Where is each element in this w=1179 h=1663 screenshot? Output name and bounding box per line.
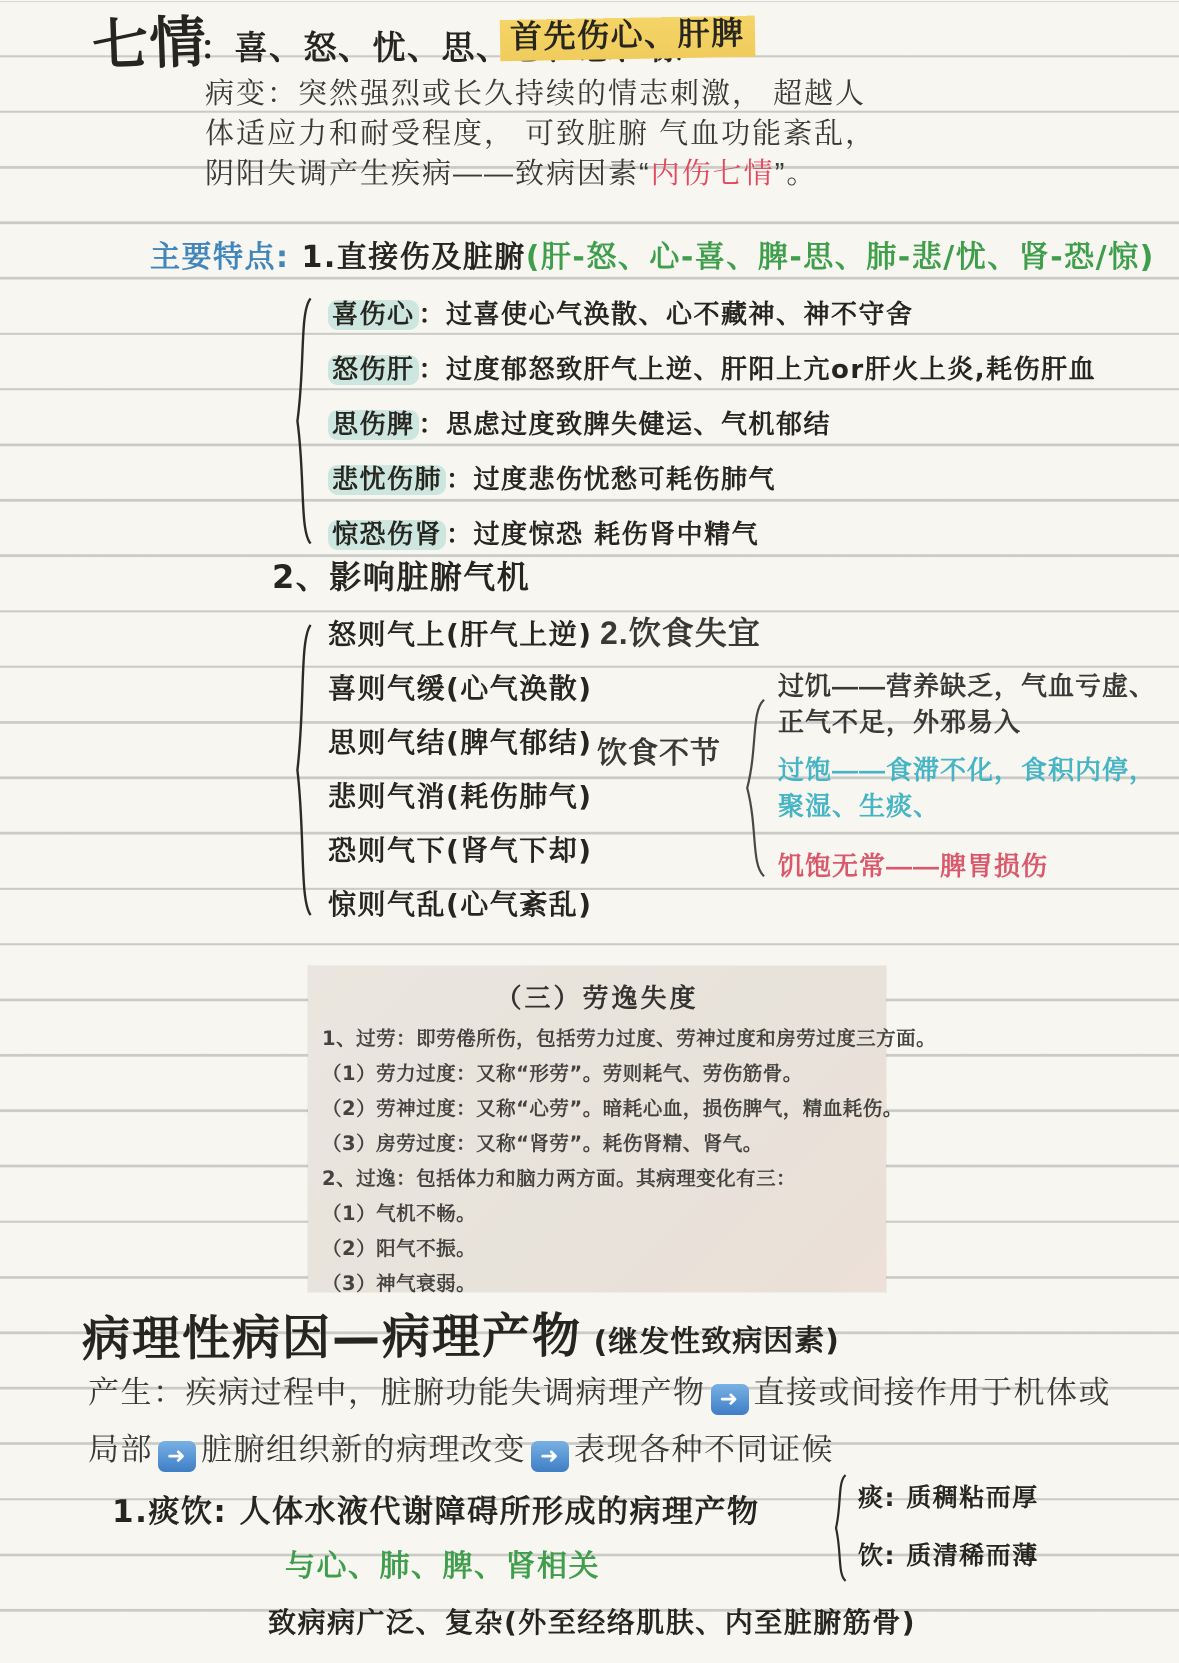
list-item: 怒伤肝：过度郁怒致肝气上逆、肝阳上亢or肝火上炎,耗伤肝血	[328, 343, 1096, 398]
disease-scope-note: 致病病广泛、复杂(外至经络肌肤、内至脏腑筋骨)	[268, 1601, 916, 1641]
box-line: （2）劳神过度：又称“心劳”。暗耗心血，损伤脾气，精血耗伤。	[322, 1091, 872, 1126]
organ-mapping: (肝-怒、心-喜、脾-思、肺-悲/忧、肾-恐/惊)	[526, 240, 1155, 275]
pathology-intro: 病变：突然强烈或长久持续的情志刺激， 超越人 体适应力和耐受程度， 可致脏腑 气…	[205, 74, 876, 194]
related-organs: 与心、肺、脾、肾相关	[285, 1541, 600, 1585]
curly-brace-left	[293, 622, 315, 918]
intro-line-1: 病变：突然强烈或长久持续的情志刺激， 超越人	[205, 74, 876, 114]
curly-brace-left	[832, 1474, 848, 1582]
diet-section-heading: 2.饮食失宜	[600, 608, 761, 654]
qi-section-heading: 2、影响脏腑气机	[272, 552, 530, 598]
list-item: 喜则气缓(心气涣散)	[328, 662, 593, 716]
feature-label: 主要特点:	[150, 240, 290, 275]
box-line: （3）房劳过度：又称“肾劳”。耗伤肾精、肾气。	[322, 1126, 872, 1161]
intro-line-3: 阴阳失调产生疾病——致病因素“内伤七情”。	[205, 154, 876, 194]
box-line: （1）气机不畅。	[322, 1196, 872, 1231]
overwork-box-title: （三）劳逸失度	[322, 978, 872, 1015]
phlegm-thick: 痰: 质稠粘而厚	[858, 1478, 1039, 1514]
diet-label: 饮食不节	[597, 728, 721, 772]
diet-item-hunger: 过饥——营养缺乏，气血亏虚、正气不足，外邪易入	[778, 668, 1178, 740]
note-title: 七情	[91, 0, 209, 82]
list-item: 悲则气消(耗伤肺气)	[328, 770, 593, 824]
curly-brace-left	[742, 698, 768, 878]
feature-line: 主要特点: 1.直接伤及脏腑(肝-怒、心-喜、脾-思、肺-悲/忧、肾-恐/惊)	[150, 232, 1155, 276]
fluid-thin: 饮: 质清稀而薄	[858, 1536, 1039, 1572]
list-item: 思则气结(脾气郁结)	[328, 716, 593, 770]
list-item: 惊则气乱(心气紊乱)	[328, 878, 593, 932]
arrow-right-icon: ➜	[711, 1384, 749, 1415]
box-line: 2、过逸：包括体力和脑力两方面。其病理变化有三：	[322, 1161, 872, 1196]
list-item: 怒则气上(肝气上逆)	[328, 608, 593, 662]
arrow-right-icon: ➜	[531, 1441, 569, 1472]
list-item: 思伤脾：思虑过度致脾失健运、气机郁结	[328, 398, 1096, 453]
key-point-highlight: 首先伤心、肝脾	[500, 8, 755, 61]
list-item: 悲忧伤肺：过度悲伤忧愁可耗伤肺气	[328, 453, 1096, 508]
direct-injury-list: 喜伤心：过喜使心气涣散、心不藏神、神不守舍 怒伤肝：过度郁怒致肝气上逆、肝阳上亢…	[328, 288, 1096, 563]
red-term: 内伤七情	[651, 158, 775, 190]
phlegm-definition: 1.痰饮: 人体水液代谢障碍所形成的病理产物	[112, 1486, 760, 1531]
feature-item: 1.直接伤及脏腑	[290, 240, 526, 275]
patho-line-1: 产生：疾病过程中，脏腑功能失调病理产物➜直接或间接作用于机体或	[88, 1364, 1111, 1421]
box-line: 1、过劳：即劳倦所伤，包括劳力过度、劳神过度和房劳过度三方面。	[322, 1021, 872, 1056]
box-line: （2）阳气不振。	[322, 1231, 872, 1266]
patho-section-title: 病理性病因—病理产物 (继发性致病因素)	[82, 1295, 840, 1369]
intro-line-2: 体适应力和耐受程度， 可致脏腑 气血功能紊乱，	[205, 114, 876, 154]
list-item: 恐则气下(肾气下却)	[328, 824, 593, 878]
patho-paragraph: 产生：疾病过程中，脏腑功能失调病理产物➜直接或间接作用于机体或 局部➜脏腑组织新…	[88, 1364, 1111, 1478]
notebook-page: 七情 ：喜、怒、忧、思、悲、恐、惊 首先伤心、肝脾 病变：突然强烈或长久持续的情…	[0, 0, 1179, 1663]
patho-line-2: 局部➜脏腑组织新的病理改变➜表现各种不同证候	[88, 1421, 1111, 1478]
diet-item-overeat: 过饱——食滞不化，食积内停，聚湿、生痰、	[778, 752, 1178, 824]
curly-brace-left	[293, 296, 315, 546]
patho-title-suffix: (继发性致病因素)	[582, 1323, 840, 1360]
list-item: 喜伤心：过喜使心气涣散、心不藏神、神不守舍	[328, 288, 1096, 343]
arrow-right-icon: ➜	[158, 1441, 196, 1472]
overwork-box: （三）劳逸失度 1、过劳：即劳倦所伤，包括劳力过度、劳神过度和房劳过度三方面。 …	[308, 966, 886, 1292]
diet-item-irregular: 饥饱无常——脾胃损伤	[778, 848, 1178, 884]
box-line: （1）劳力过度：又称“形劳”。劳则耗气、劳伤筋骨。	[322, 1056, 872, 1091]
qi-effect-list: 怒则气上(肝气上逆) 喜则气缓(心气涣散) 思则气结(脾气郁结) 悲则气消(耗伤…	[328, 608, 593, 932]
